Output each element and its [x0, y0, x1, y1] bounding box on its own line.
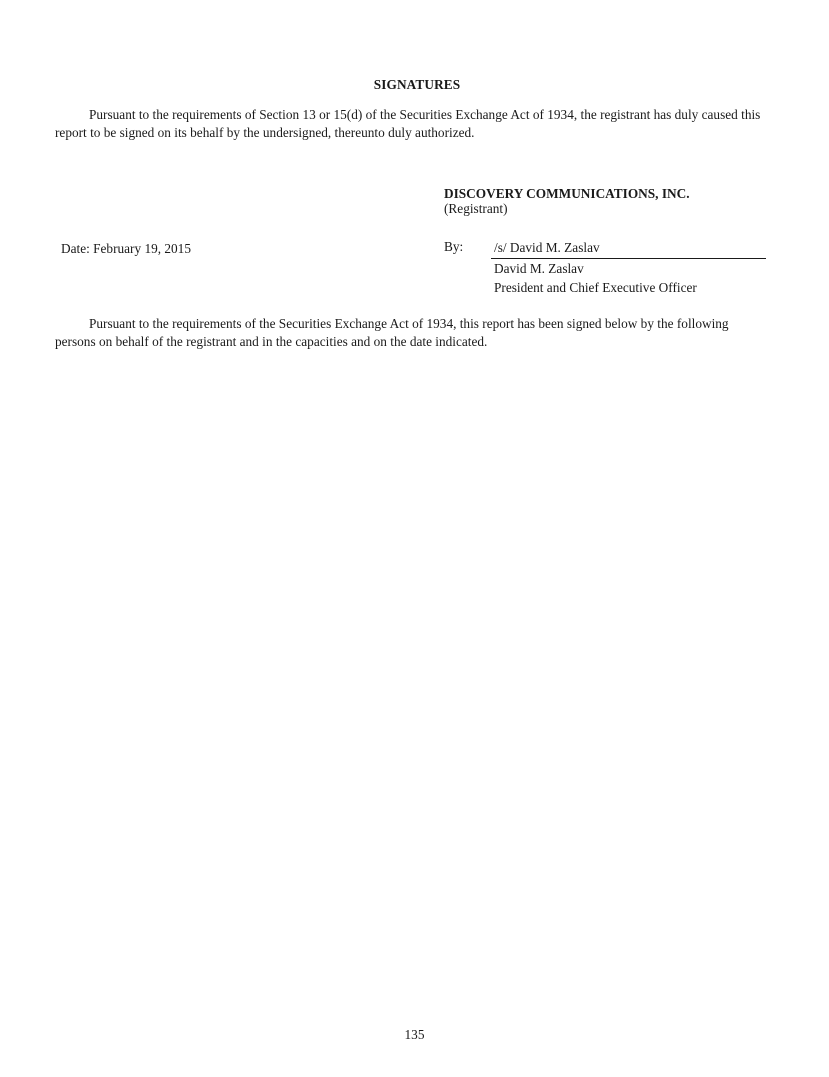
- signer-name: David M. Zaslav: [494, 261, 584, 277]
- document-page: SIGNATURES Pursuant to the requirements …: [0, 0, 829, 1077]
- authorization-paragraph: Pursuant to the requirements of Section …: [55, 106, 767, 142]
- signature-line: [491, 258, 766, 259]
- capacities-paragraph: Pursuant to the requirements of the Secu…: [55, 315, 767, 351]
- page-number: 135: [0, 1027, 829, 1043]
- signer-title: President and Chief Executive Officer: [494, 280, 697, 296]
- signature-date: Date: February 19, 2015: [61, 241, 191, 257]
- signature-value: /s/ David M. Zaslav: [494, 240, 600, 256]
- authorization-text: Pursuant to the requirements of Section …: [55, 107, 760, 140]
- registrant-label: (Registrant): [444, 201, 690, 216]
- registrant-block: DISCOVERY COMMUNICATIONS, INC. (Registra…: [444, 186, 690, 216]
- company-name: DISCOVERY COMMUNICATIONS, INC.: [444, 186, 690, 201]
- section-title: SIGNATURES: [0, 77, 829, 93]
- capacities-text: Pursuant to the requirements of the Secu…: [55, 316, 729, 349]
- by-label: By:: [444, 239, 463, 255]
